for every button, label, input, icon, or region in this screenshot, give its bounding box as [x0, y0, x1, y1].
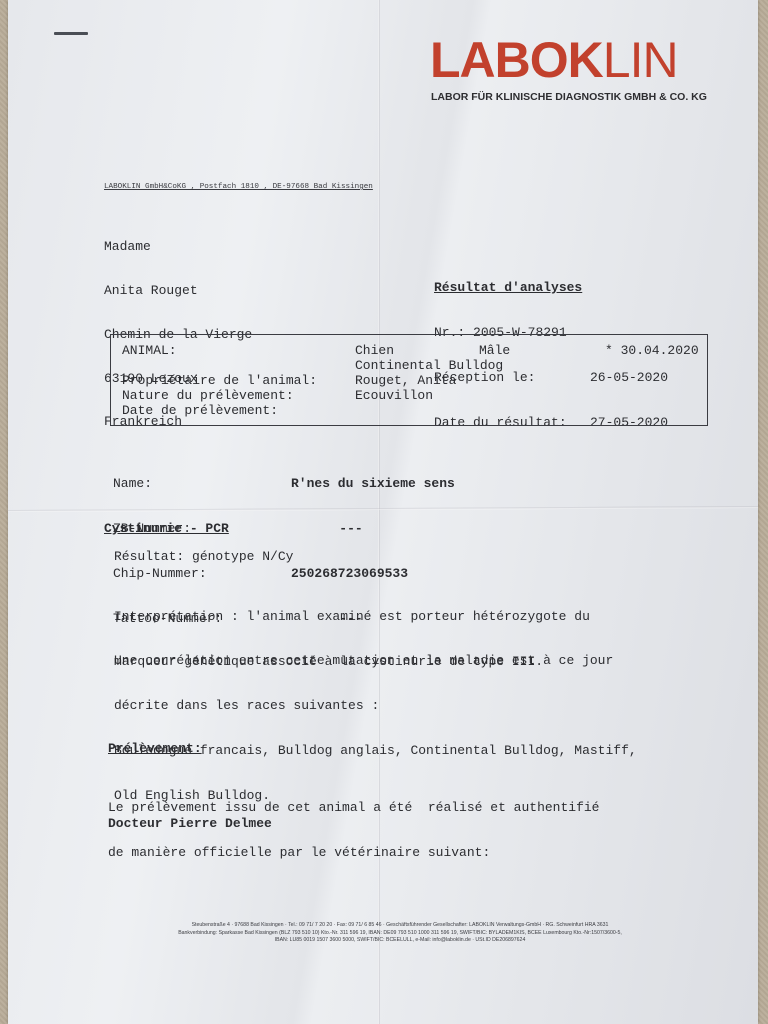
animal-birth-date: * 30.04.2020 — [605, 343, 699, 358]
staple-mark — [54, 32, 88, 35]
sampling-line: Le prélèvement issu de cet animal a été … — [108, 800, 599, 815]
result-title: Résultat d'analyses — [434, 280, 668, 295]
name-label: Name: — [113, 476, 291, 491]
correlation-line: Une corrélation entre cette mutation et … — [114, 653, 637, 668]
recipient-line: Madame — [104, 240, 252, 255]
animal-info-box: ANIMAL: Chien Mâle * 30.04.2020 Continen… — [110, 334, 708, 426]
test-result: Résultat: génotype N/Cy — [114, 549, 293, 564]
test-title: Cystinurie - PCR — [104, 521, 229, 536]
owner-name: Rouget, Anita — [355, 373, 456, 388]
animal-sex: Mâle — [479, 343, 510, 358]
sample-type: Ecouvillon — [355, 388, 433, 403]
animal-species: Chien — [355, 343, 394, 358]
interpretation-line: Interprétation : l'animal examiné est po… — [114, 609, 590, 624]
logo-bold-part: LABOK — [430, 32, 603, 88]
dog-name: R'nes du sixieme sens — [291, 476, 455, 491]
sender-address-line: LABOKLIN GmbH&CoKG , Postfach 1810 , DE-… — [104, 183, 373, 191]
veterinarian-name: Docteur Pierre Delmee — [108, 816, 272, 831]
sample-date-label: Date de prélèvement: — [122, 403, 278, 418]
zb-number: --- — [291, 521, 411, 536]
animal-breed: Continental Bulldog — [355, 358, 503, 373]
owner-label: Propriétaire de l'animal: — [122, 373, 317, 388]
sampling-title: Prélèvement: — [108, 741, 202, 756]
sample-type-label: Nature du prélèvement: — [122, 388, 294, 403]
logo-subtitle: LABOR FÜR KLINISCHE DIAGNOSTIK GMBH & CO… — [431, 91, 707, 103]
correlation-line: décrite dans les races suivantes : — [114, 698, 637, 713]
footer-line: IBAN: LU85 0019 1507 3600 5000, SWIFT/BI… — [120, 937, 680, 945]
footer-line: Bankverbindung: Sparkasse Bad Kissingen … — [120, 930, 680, 938]
animal-label: ANIMAL: — [122, 343, 177, 358]
logo-light-part: LIN — [603, 32, 678, 88]
sampling-line: de manière officielle par le vétérinaire… — [108, 845, 599, 860]
laboklin-logo: LABOKLIN — [430, 32, 678, 88]
company-footer: Steubenstraße 4 · 97688 Bad Kissingen · … — [120, 922, 680, 945]
footer-line: Steubenstraße 4 · 97688 Bad Kissingen · … — [120, 922, 680, 930]
recipient-line: Anita Rouget — [104, 284, 252, 299]
